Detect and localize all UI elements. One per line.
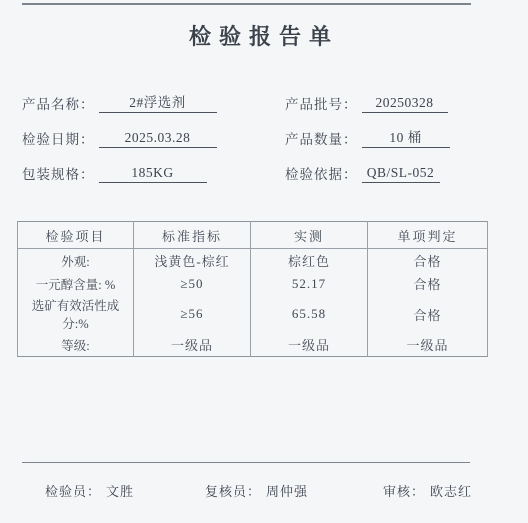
table-row: 选矿有效活性成分:% ≥56 65.58 合格: [18, 295, 488, 333]
field-label: 产品名称：: [22, 93, 95, 113]
signature-value: 文胜: [106, 484, 134, 499]
field-batch-no: 产品批号： 20250328: [285, 94, 506, 113]
column-header: 实测: [251, 222, 368, 249]
cell-measured: 一级品: [251, 333, 368, 357]
field-quantity: 产品数量： 10 桶: [285, 129, 506, 148]
top-divider: [22, 3, 471, 5]
field-inspection-date: 检验日期： 2025.03.28: [22, 129, 285, 148]
signature-label: 审核：: [383, 484, 425, 499]
cell-standard: ≥50: [134, 272, 251, 295]
signature-value: 欧志红: [430, 484, 472, 499]
page-title: 检验报告单: [0, 20, 528, 51]
field-label: 包装规格：: [22, 163, 95, 183]
signature-label: 检验员：: [45, 484, 101, 499]
signature-reviewer: 复核员：周仲强: [205, 481, 308, 500]
footer-divider: [22, 462, 470, 463]
cell-item: 等级:: [18, 333, 134, 357]
signature-row: 检验员：文胜 复核员：周仲强 审核：欧志红: [0, 481, 528, 501]
field-value: 185KG: [99, 165, 207, 183]
signature-value: 周仲强: [266, 484, 308, 499]
cell-judgement: 合格: [368, 295, 488, 333]
signature-label: 复核员：: [205, 484, 261, 499]
field-value: 10 桶: [362, 126, 450, 148]
field-label: 检验日期：: [22, 128, 95, 148]
cell-item: 选矿有效活性成分:%: [18, 295, 134, 333]
field-basis: 检验依据： QB/SL-052: [285, 164, 506, 183]
cell-standard: 浅黄色-棕红: [134, 249, 251, 273]
field-packaging: 包装规格： 185KG: [22, 164, 285, 183]
info-fields: 产品名称： 2#浮选剂 产品批号： 20250328 检验日期： 2025.03…: [22, 94, 506, 183]
inspection-report-document: 检验报告单 产品名称： 2#浮选剂 产品批号： 20250328 检验日期： 2…: [0, 0, 528, 523]
field-value: 20250328: [362, 95, 448, 113]
cell-measured: 65.58: [251, 295, 368, 333]
cell-item: 外观:: [18, 249, 134, 273]
cell-judgement: 一级品: [368, 333, 488, 357]
cell-measured: 52.17: [251, 272, 368, 295]
field-value: 2#浮选剂: [99, 91, 217, 113]
cell-judgement: 合格: [368, 249, 488, 273]
table-row: 一元醇含量: % ≥50 52.17 合格: [18, 272, 488, 295]
cell-item: 一元醇含量: %: [18, 272, 134, 295]
table-header-row: 检验项目 标准指标 实测 单项判定: [18, 222, 488, 249]
field-label: 检验依据：: [285, 163, 358, 183]
table-row: 等级: 一级品 一级品 一级品: [18, 333, 488, 357]
field-product-name: 产品名称： 2#浮选剂: [22, 94, 285, 113]
field-label: 产品批号：: [285, 93, 358, 113]
field-label: 产品数量：: [285, 128, 358, 148]
cell-standard: ≥56: [134, 295, 251, 333]
cell-measured: 棕红色: [251, 249, 368, 273]
table-row: 外观: 浅黄色-棕红 棕红色 合格: [18, 249, 488, 273]
cell-standard: 一级品: [134, 333, 251, 357]
column-header: 单项判定: [368, 222, 488, 249]
field-value: 2025.03.28: [99, 130, 217, 148]
field-value: QB/SL-052: [362, 165, 440, 183]
signature-auditor: 审核：欧志红: [383, 481, 472, 500]
column-header: 检验项目: [18, 222, 134, 249]
column-header: 标准指标: [134, 222, 251, 249]
inspection-results-table: 检验项目 标准指标 实测 单项判定 外观: 浅黄色-棕红 棕红色 合格 一元醇含…: [17, 221, 488, 357]
cell-judgement: 合格: [368, 272, 488, 295]
signature-inspector: 检验员：文胜: [45, 481, 134, 500]
